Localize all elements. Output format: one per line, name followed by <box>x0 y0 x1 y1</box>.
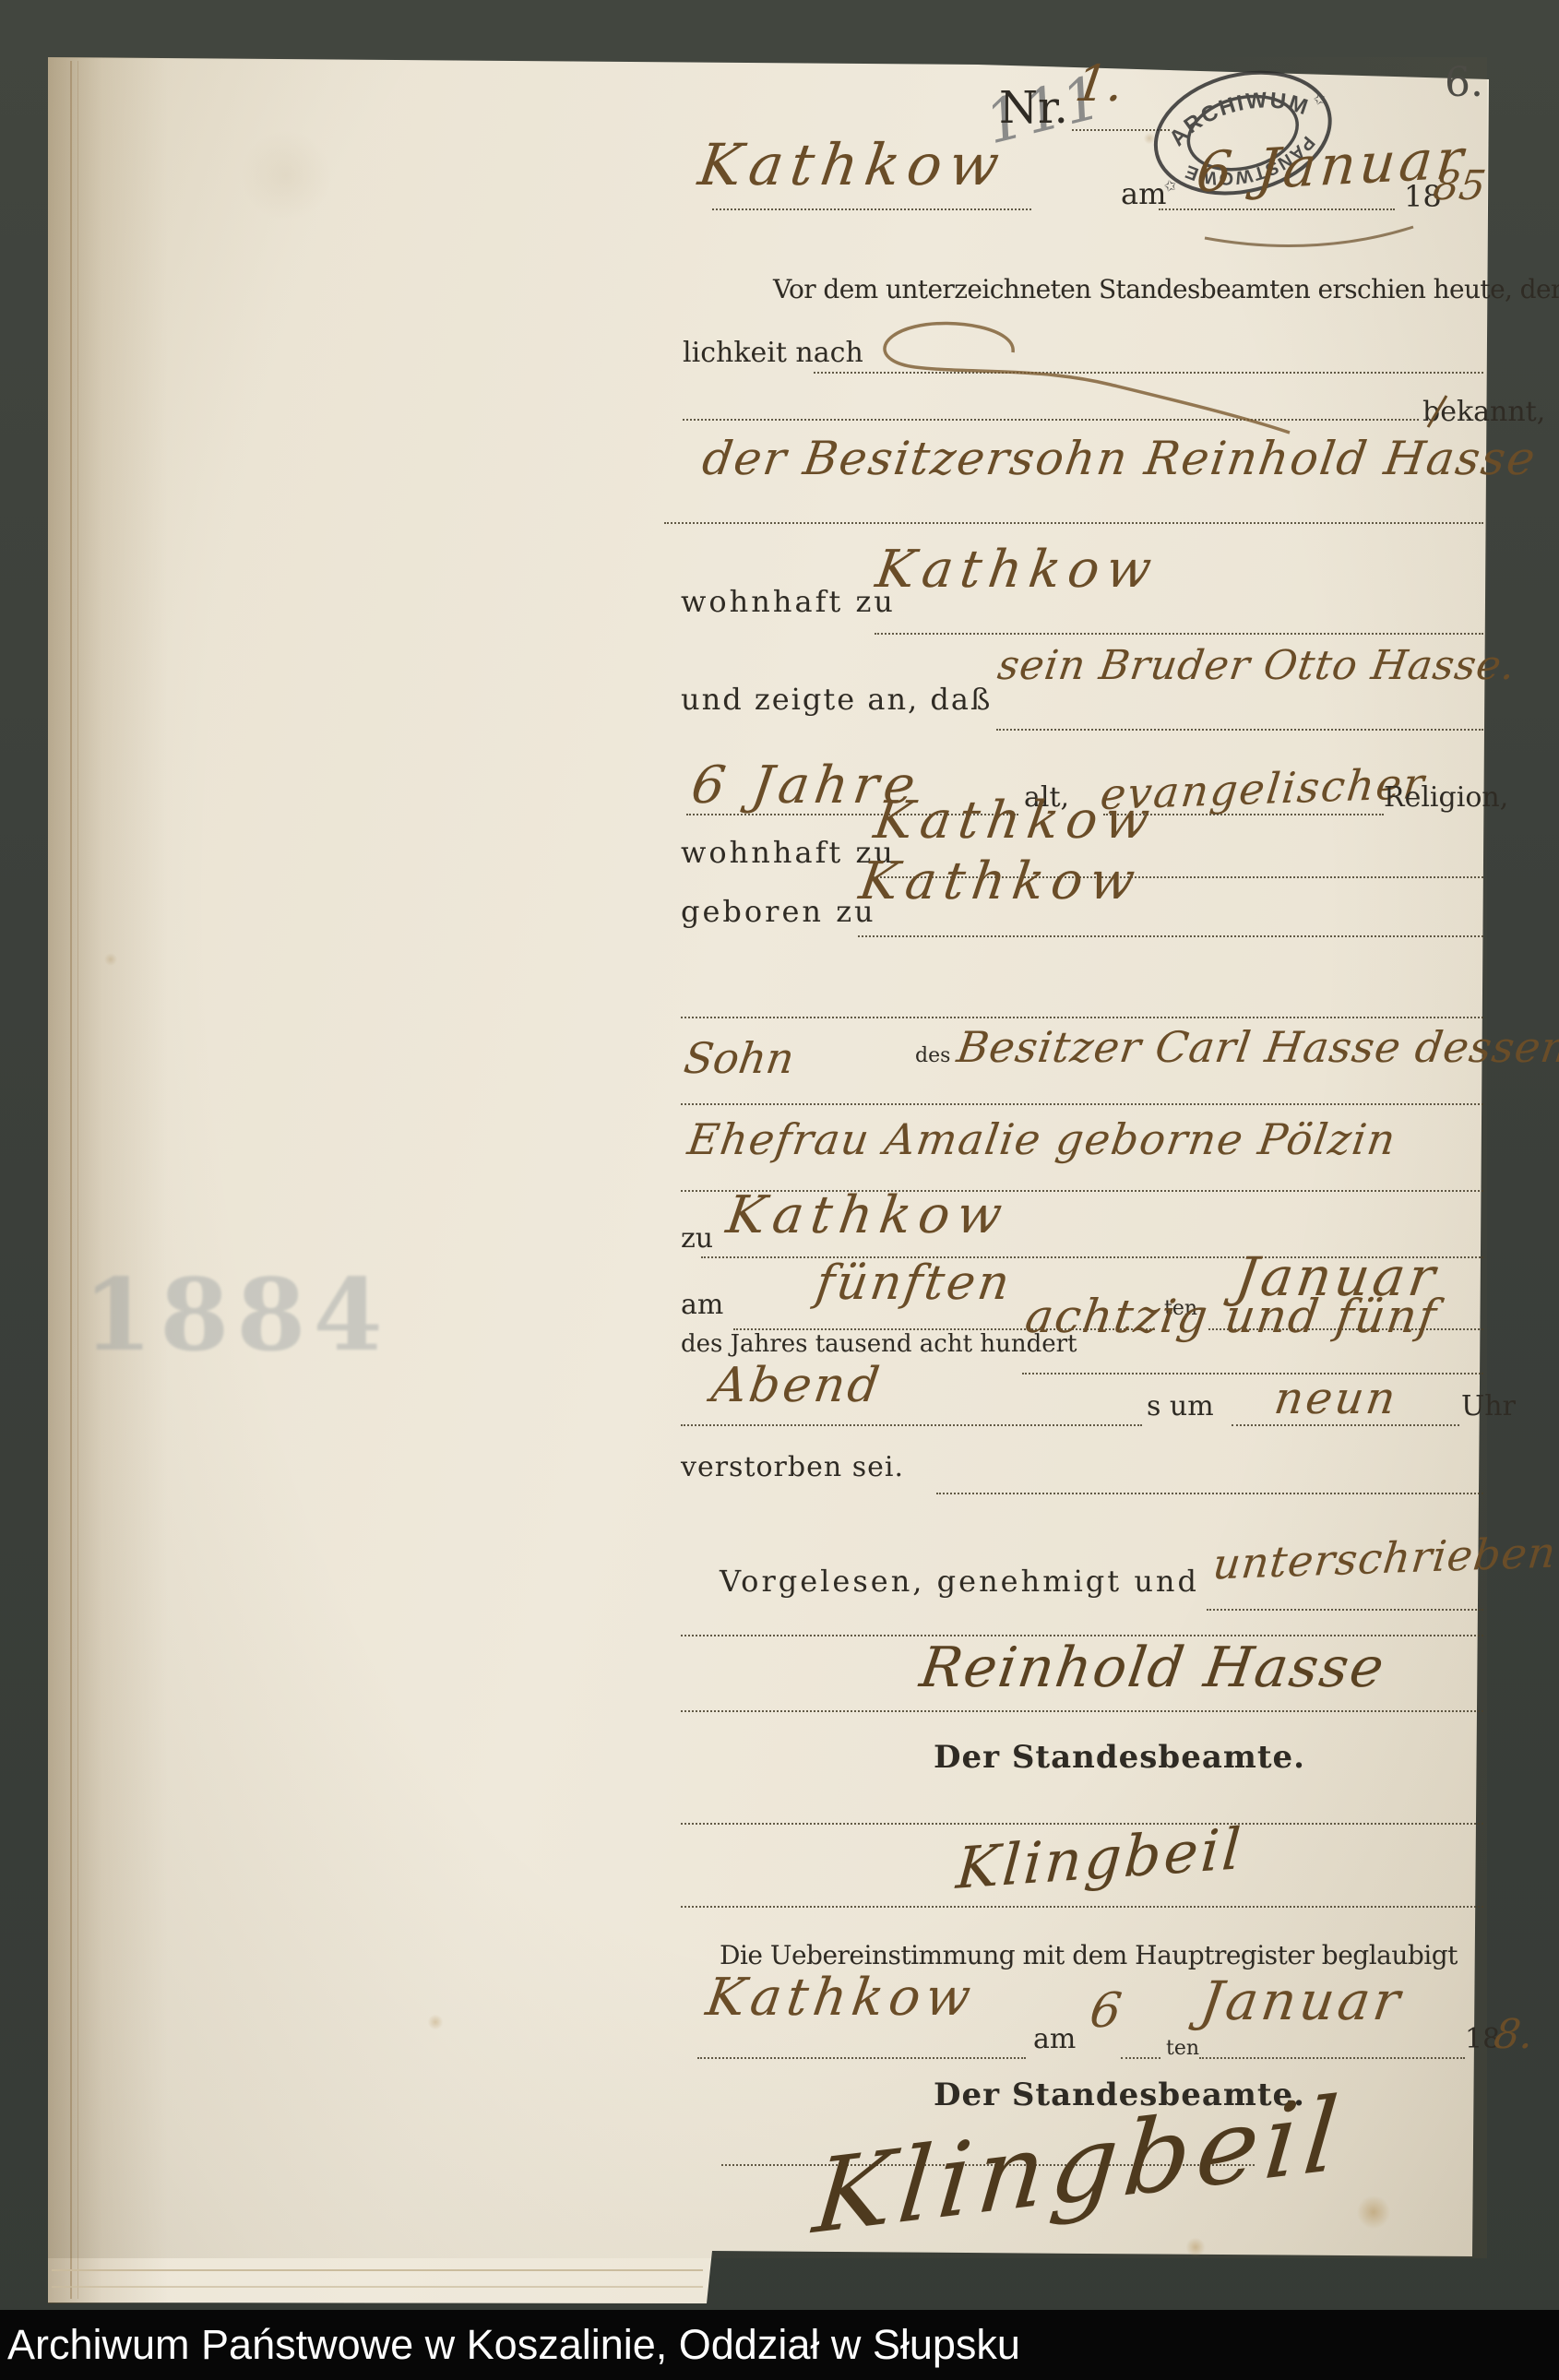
s-um-label: s um <box>1147 1393 1214 1421</box>
declarant-name-line: der Besitzersohn Reinhold Hasse <box>699 435 1539 482</box>
father-value: Besitzer Carl Hasse dessen <box>955 1026 1559 1068</box>
stamp-star-icon: ✩ <box>1312 90 1328 109</box>
dotted-line <box>936 1493 1483 1494</box>
death-place: Kathkow <box>723 1190 1012 1242</box>
archive-caption-bar: Archiwum Państwowe w Koszalinie, Oddział… <box>0 2310 1559 2380</box>
dotted-line <box>681 1823 1483 1825</box>
death-am-label: am <box>681 1291 723 1319</box>
nr-value-handwritten: 1. <box>1072 59 1126 109</box>
zu-label: zu <box>681 1225 713 1253</box>
heading-year-handwritten: 85 <box>1431 166 1488 207</box>
dotted-line <box>814 372 1483 374</box>
dotted-line <box>858 935 1483 937</box>
vorgelesen-label: Vorgelesen, genehmigt und <box>720 1566 1199 1596</box>
dotted-line <box>712 208 1031 210</box>
des-label: des <box>915 1046 950 1066</box>
intro-line2: lichkeit nach <box>683 339 863 367</box>
certification-ten-label: ten <box>1166 2039 1199 2059</box>
certification-year-handwritten: 8. <box>1492 2015 1536 2055</box>
dotted-line <box>681 1103 1483 1105</box>
zeigte-label: und zeigte an, daß <box>681 684 992 714</box>
geboren-value: Kathkow <box>856 856 1145 908</box>
wohnhaft-value: Kathkow <box>873 544 1161 596</box>
certification-month: Januar <box>1197 1974 1407 2028</box>
archive-caption-text: Archiwum Państwowe w Koszalinie, Oddział… <box>7 2310 1020 2380</box>
nr-label: Nr. <box>999 86 1068 130</box>
dotted-line <box>875 633 1483 635</box>
corner-page-number: 6. <box>1445 63 1483 103</box>
dotted-line <box>681 1017 1483 1018</box>
wohnhaft-label: wohnhaft zu <box>681 587 896 616</box>
dotted-line <box>1121 2057 1160 2059</box>
time-of-day-value: Abend <box>708 1362 885 1410</box>
dotted-line <box>1207 1609 1483 1611</box>
religion-label: Religion, <box>1384 784 1508 812</box>
mother-value: Ehefrau Amalie geborne Pölzin <box>685 1118 1399 1160</box>
dotted-line <box>697 2057 1026 2059</box>
dotted-line <box>683 419 1419 421</box>
dotted-line <box>1232 1424 1459 1426</box>
geboren-label: geboren zu <box>681 897 876 926</box>
certification-place: Kathkow <box>703 1972 979 2024</box>
dotted-line <box>1022 1373 1483 1374</box>
year-value: achtzig und fünf <box>1022 1293 1440 1339</box>
unterschrieben-value: unterschrieben <box>1211 1531 1559 1586</box>
document-scan: 1884 111 6. Nr. 1. ARCHIWUM PAŃSTWOWE ✩ … <box>0 0 1559 2380</box>
bekannt-label: bekannt, <box>1422 399 1545 426</box>
dotted-line <box>664 522 1483 524</box>
hour-value: neun <box>1272 1376 1401 1421</box>
wohnhaft2-value: Kathkow <box>871 795 1160 847</box>
dotted-line <box>681 1906 1483 1908</box>
dotted-line <box>681 1710 1483 1712</box>
intro-line1: Vor dem unterzeichneten Standesbeamten e… <box>773 277 1559 303</box>
death-day: fünften <box>813 1259 1015 1307</box>
heading-am-label: am <box>1121 179 1166 208</box>
uhr-label: Uhr <box>1461 1393 1516 1421</box>
year-label: des Jahres tausend acht hundert <box>681 1332 1077 1356</box>
zeigte-value: sein Bruder Otto Hasse. <box>995 646 1518 686</box>
verstorben-label: verstorben sei. <box>681 1454 904 1482</box>
dotted-line <box>681 1424 1142 1426</box>
certification-am-label: am <box>1033 2026 1076 2053</box>
year-watermark: 1884 <box>83 1266 390 1365</box>
certification-line: Die Uebereinstimmung mit dem Hauptregist… <box>720 1943 1458 1969</box>
sohn-value: Sohn <box>682 1037 797 1079</box>
registrar-label: Der Standesbeamte. <box>934 1742 1305 1773</box>
dotted-line <box>996 729 1483 731</box>
declarant-signature: Reinhold Hasse <box>917 1640 1389 1696</box>
dotted-line <box>1159 208 1395 210</box>
heading-place: Kathkow <box>696 137 1010 194</box>
dotted-line <box>1199 2057 1465 2059</box>
